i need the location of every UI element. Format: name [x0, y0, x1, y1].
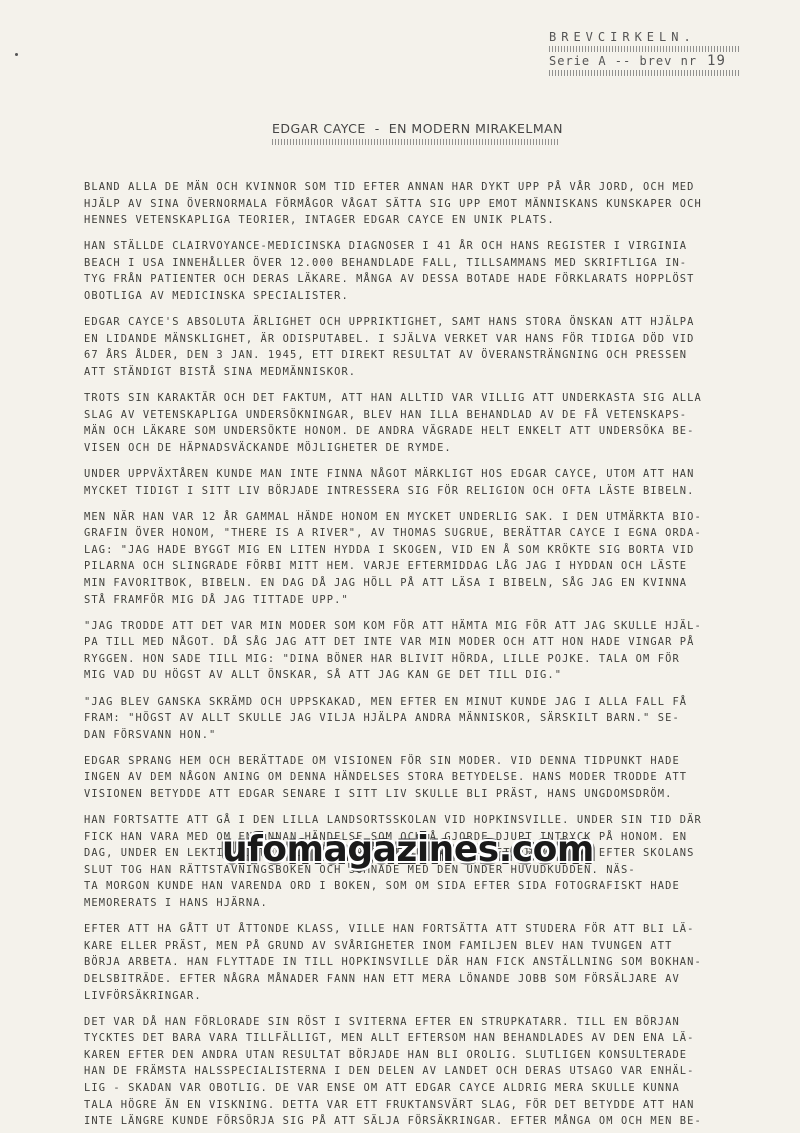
paragraph: Bland alla de män och kvinnor som tid ef… [84, 179, 774, 229]
paragraph: Men när han var 12 år gammal hände honom… [84, 509, 774, 609]
newsletter-header: BREVCIRKELN. Serie A -- brev nr19 [549, 30, 739, 78]
letter-number: 19 [707, 53, 726, 69]
paragraph: Det var då han förlorade sin röst i svit… [84, 1014, 774, 1130]
paper-speck [15, 53, 18, 56]
series-label: Serie A -- brev nr [549, 54, 697, 68]
header-underline [549, 46, 739, 52]
watermark: ufomagazines.com [222, 829, 594, 870]
publication-name: BREVCIRKELN. [549, 30, 739, 44]
document-page: BREVCIRKELN. Serie A -- brev nr19 EDGAR … [0, 0, 800, 1133]
paragraph: "Jag trodde att det var min moder som ko… [84, 618, 774, 684]
paragraph: Edgar Cayce's absoluta ärlighet och uppr… [84, 314, 774, 380]
document-title-block: EDGAR CAYCE - EN MODERN MIRAKELMAN [272, 121, 572, 147]
paragraph: "Jag blev ganska skrämd och uppskakad, m… [84, 694, 774, 744]
paragraph: Han ställde clairvoyance-medicinska diag… [84, 238, 774, 304]
paragraph: Edgar sprang hem och berättade om vision… [84, 753, 774, 803]
paragraph: Under uppväxtåren kunde man inte finna n… [84, 466, 774, 499]
series-line: Serie A -- brev nr19 [549, 54, 739, 68]
document-title: EDGAR CAYCE - EN MODERN MIRAKELMAN [272, 121, 572, 136]
title-underline [272, 139, 560, 145]
series-underline [549, 70, 739, 76]
body-text: Bland alla de män och kvinnor som tid ef… [84, 179, 774, 1133]
paragraph: Efter att ha gått ut åttonde klass, vill… [84, 921, 774, 1004]
paragraph: Trots sin karaktär och det faktum, att h… [84, 390, 774, 456]
